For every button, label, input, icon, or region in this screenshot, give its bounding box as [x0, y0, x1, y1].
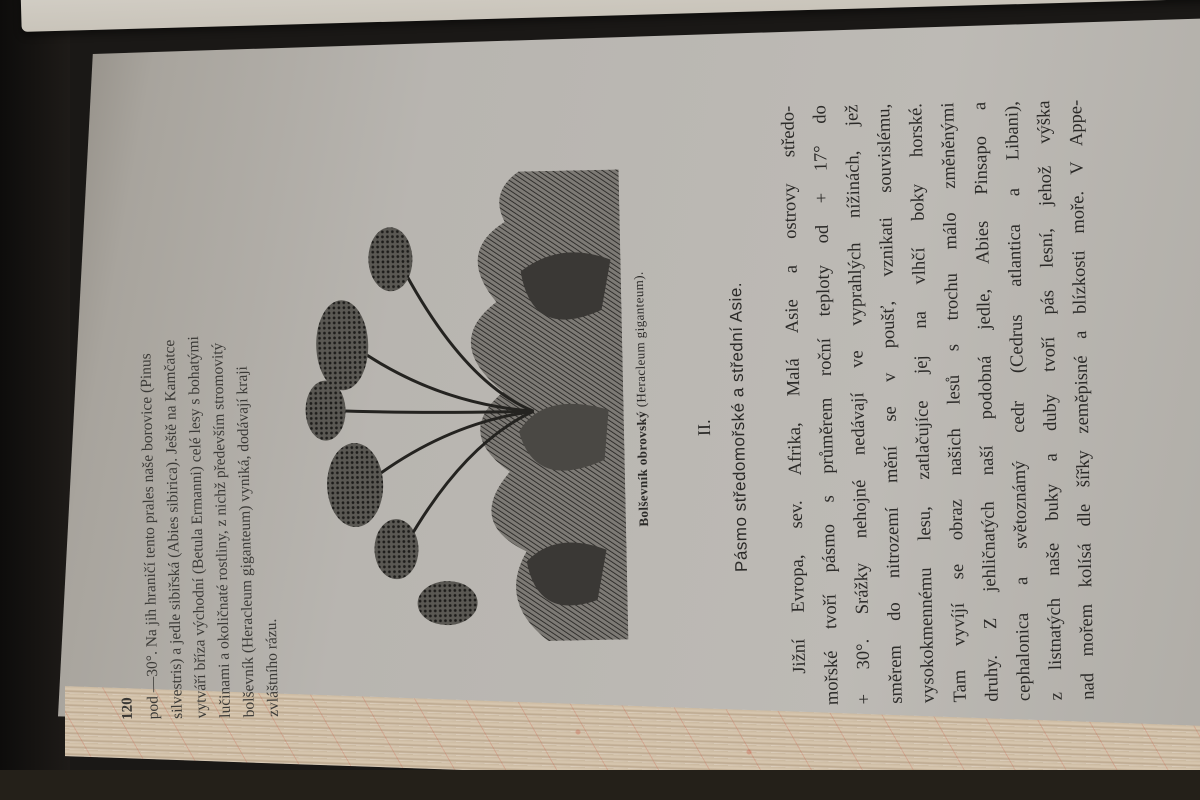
- caption-latin-name: (Heracleum giganteum).: [631, 271, 649, 411]
- body-paragraph: Jižní Evropa, sev. Afrika, Malá Asie a o…: [772, 100, 1104, 707]
- page-content: 120 pod —30°. Na jih hraničí tento prale…: [107, 58, 1180, 720]
- top-paragraph: pod —30°. Na jih hraničí tento prales na…: [130, 142, 286, 720]
- section-title: Pásmo středomořské a střední Asie.: [723, 147, 755, 707]
- page-number: 120: [120, 697, 137, 720]
- book-cover-edge: [0, 770, 1200, 800]
- section-number: II.: [688, 148, 721, 708]
- background-shadow: [0, 0, 70, 800]
- figure-caption: Bolševník obrovský (Heracleum giganteum)…: [628, 149, 654, 649]
- plant-engraving-illustration: [289, 169, 629, 646]
- caption-common-name: Bolševník obrovský: [634, 411, 651, 527]
